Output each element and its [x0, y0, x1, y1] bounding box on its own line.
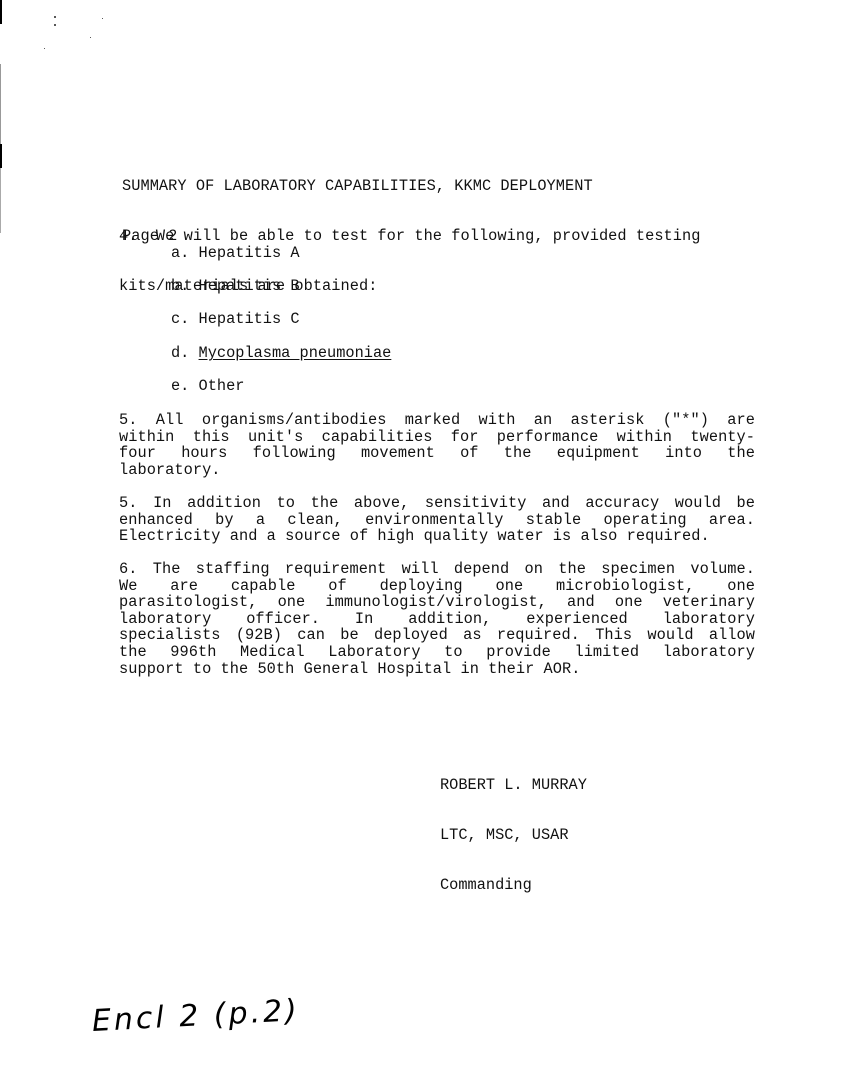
document-title: SUMMARY OF LABORATORY CAPABILITIES, KKMC…	[122, 178, 593, 195]
paragraph-line: specialists (92B) can be deployed as req…	[119, 627, 755, 644]
paragraph-line: the 996th Medical Laboratory to provide …	[119, 644, 755, 661]
paragraph-line: parasitologist, one immunologist/virolog…	[119, 594, 755, 611]
list-marker: b.	[171, 277, 189, 295]
signature-block: ROBERT L. MURRAY LTC, MSC, USAR Commandi…	[440, 744, 587, 927]
scan-speck	[102, 18, 103, 19]
list-label: Other	[199, 377, 245, 395]
list-marker: a.	[171, 244, 189, 262]
document-page: SUMMARY OF LABORATORY CAPABILITIES, KKMC…	[0, 0, 850, 1091]
signatory-title: Commanding	[440, 877, 587, 894]
paragraph-line: laboratory.	[119, 462, 755, 479]
paragraph-line: 4. We will be able to test for the follo…	[119, 228, 700, 245]
signatory-rank: LTC, MSC, USAR	[440, 827, 587, 844]
paragraph-line: Electricity and a source of high quality…	[119, 528, 755, 545]
paragraph-6: 6. The staffing requirement will depend …	[119, 561, 755, 677]
scan-speck	[54, 24, 56, 26]
paragraph-line: enhanced by a clean, environmentally sta…	[119, 512, 755, 529]
paragraph-line: 5. All organisms/antibodies marked with …	[119, 412, 755, 429]
list-item: c. Hepatitis C	[171, 311, 300, 328]
paragraph-line: within this unit's capabilities for perf…	[119, 429, 755, 446]
list-item: e. Other	[171, 378, 244, 395]
scan-speck	[44, 48, 45, 49]
list-label-underlined: Mycoplasma pneumoniae	[199, 344, 392, 362]
scan-edge-mark	[0, 0, 2, 24]
paragraph-line: We are capable of deploying one microbio…	[119, 578, 755, 595]
paragraph-line: 6. The staffing requirement will depend …	[119, 561, 755, 578]
scan-speck	[54, 16, 56, 18]
list-item: b. Hepatitis B	[171, 278, 300, 295]
scan-edge-mark	[0, 144, 2, 168]
list-label: Hepatitis C	[199, 310, 300, 328]
list-marker: e.	[171, 377, 189, 395]
list-label: Hepatitis B	[199, 277, 300, 295]
handwritten-enclosure-note: Encl 2 (p.2)	[91, 993, 301, 1039]
list-label: Hepatitis A	[199, 244, 300, 262]
scan-edge-mark	[0, 168, 1, 233]
paragraph-line: 5. In addition to the above, sensitivity…	[119, 495, 755, 512]
list-marker: c.	[171, 310, 189, 328]
signatory-name: ROBERT L. MURRAY	[440, 777, 587, 794]
paragraph-5b: 5. In addition to the above, sensitivity…	[119, 495, 755, 545]
scan-speck	[90, 37, 91, 38]
list-item: a. Hepatitis A	[171, 245, 300, 262]
list-item: d. Mycoplasma pneumoniae	[171, 345, 391, 362]
list-marker: d.	[171, 344, 189, 362]
paragraph-line: laboratory officer. In addition, experie…	[119, 611, 755, 628]
scan-edge-mark	[0, 64, 1, 144]
paragraph-line: four hours following movement of the equ…	[119, 445, 755, 462]
paragraph-5a: 5. All organisms/antibodies marked with …	[119, 412, 755, 478]
paragraph-line: support to the 50th General Hospital in …	[119, 661, 755, 678]
